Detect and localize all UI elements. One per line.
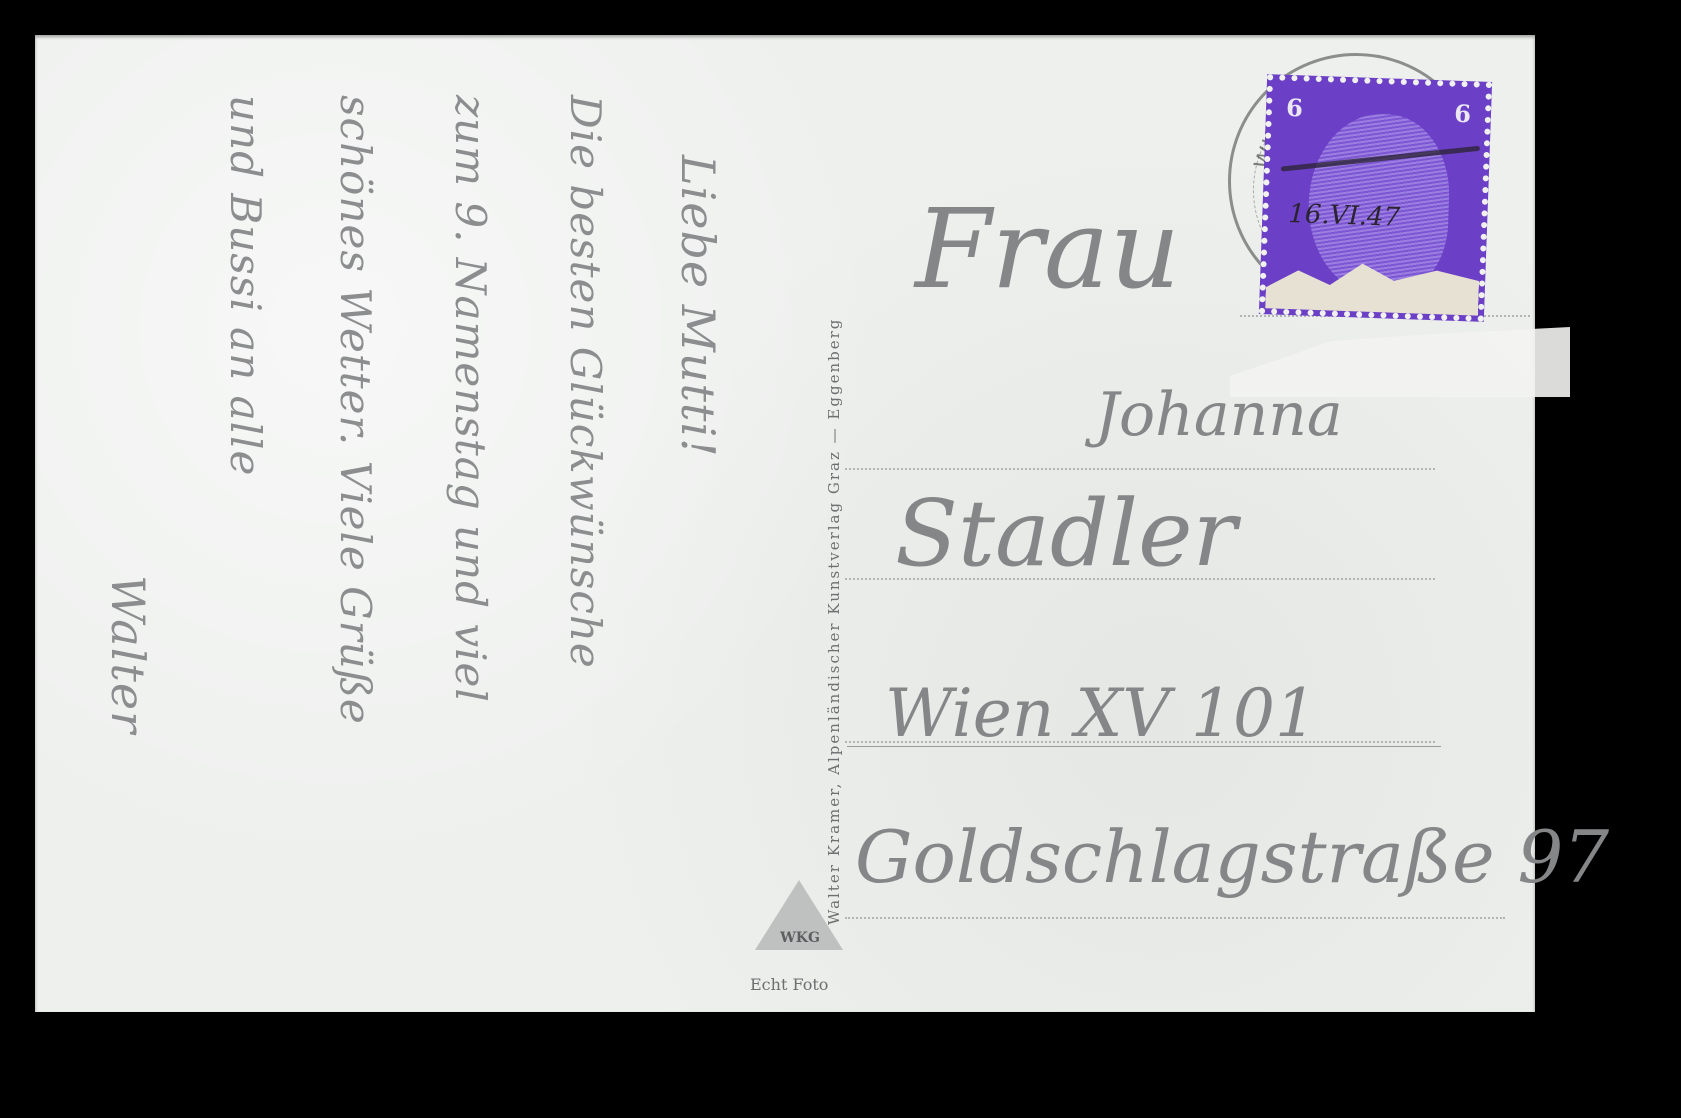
address-line [845, 917, 1505, 919]
publisher-logo-text: WKG [770, 930, 830, 946]
postage-stamp: 6 6 16.VI.47 [1259, 74, 1492, 322]
message-line: schönes Wetter. Viele Grüße [331, 95, 380, 725]
message-line: zum 9. Namenstag und viel [446, 95, 495, 703]
stamp-denomination: 6 [1286, 93, 1304, 123]
stamp-area: WIEN 6 6 16.VI.47 [1228, 45, 1528, 335]
message-line: Liebe Mutti! [671, 155, 725, 458]
address-street: Goldschlagstraße 97 [855, 815, 1609, 899]
stamp-denomination: 6 [1454, 99, 1472, 129]
address-line [845, 468, 1435, 470]
torn-paper [1230, 327, 1570, 397]
address-salutation: Frau [915, 185, 1180, 313]
photo-label: Echt Foto [750, 975, 828, 994]
postmark-date: 16.VI.47 [1288, 199, 1401, 233]
message-signature: Walter [101, 575, 155, 734]
message-line: und Bussi an alle [221, 95, 270, 476]
publisher-imprint: Walter Kramer, Alpenländischer Kunstverl… [825, 125, 843, 925]
address-surname: Stadler [895, 480, 1237, 587]
stamp-tear [1264, 260, 1480, 322]
message-line: Die besten Glückwünsche [561, 95, 610, 669]
address-city: Wien XV 101 [885, 675, 1317, 752]
